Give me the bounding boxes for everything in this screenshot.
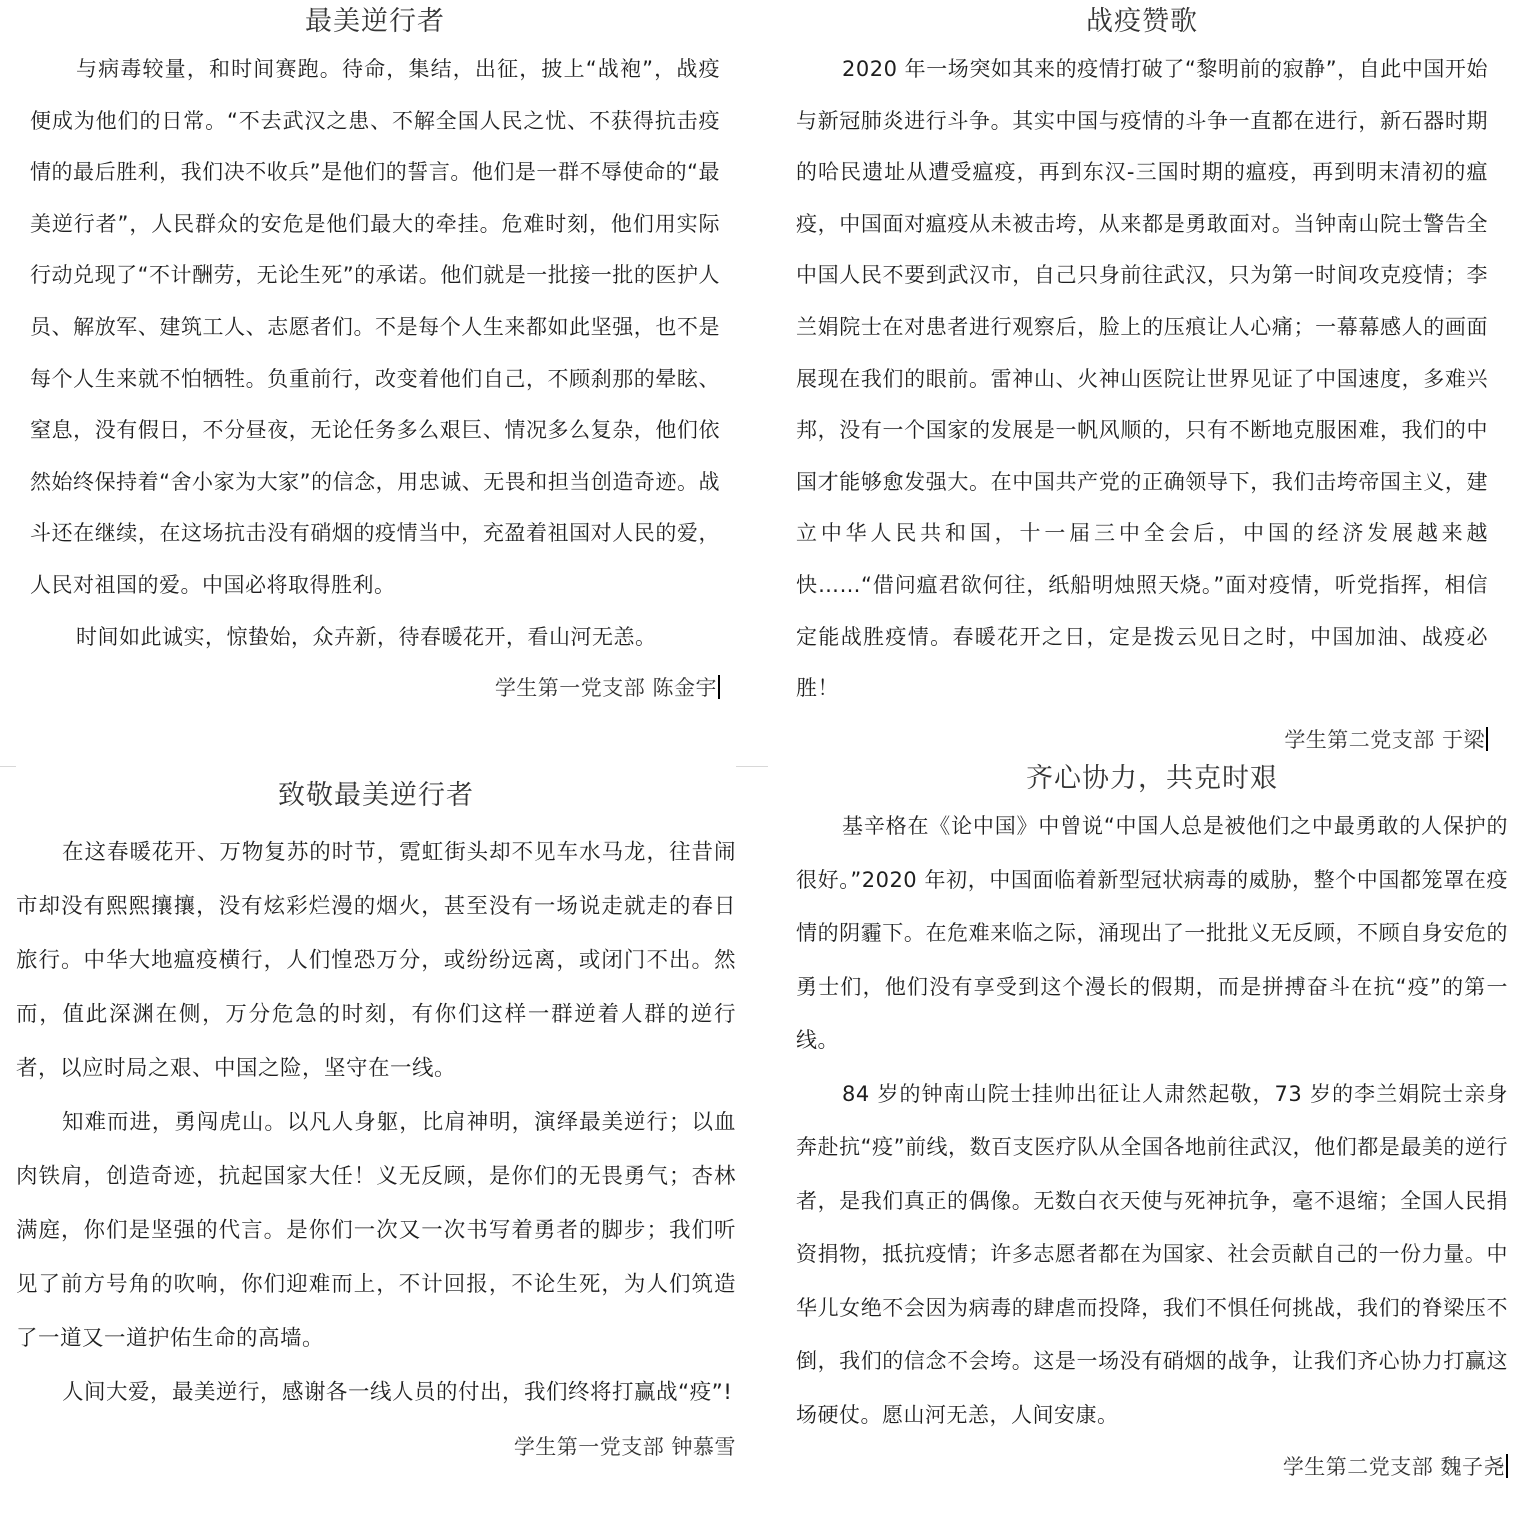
- text-cursor: [1486, 727, 1488, 751]
- article-zhanyi-zange: 战疫赞歌 2020 年一场突如其来的疫情打破了“黎明前的寂静”，自此中国开始与新…: [768, 0, 1536, 762]
- article-paragraph: 与病毒较量，和时间赛跑。待命，集结，出征，披上“战袍”，战疫便成为他们的日常。“…: [30, 44, 720, 612]
- article-paragraph: 人间大爱，最美逆行，感谢各一线人员的付出，我们终将打赢战“疫”!: [16, 1366, 736, 1420]
- signature-text: 学生第二党支部 于梁: [1284, 728, 1485, 752]
- article-title: 战疫赞歌: [796, 0, 1488, 44]
- text-cursor: [1506, 1454, 1508, 1478]
- article-signature: 学生第二党支部 魏子尧: [796, 1442, 1508, 1492]
- article-paragraph: 84 岁的钟南山院士挂帅出征让人肃然起敬，73 岁的李兰娟院士亲身奔赴抗“疫”前…: [796, 1068, 1508, 1443]
- article-signature: 学生第一党支部 陈金宇: [30, 663, 720, 713]
- signature-text: 学生第二党支部 魏子尧: [1283, 1455, 1505, 1479]
- article-signature: 学生第一党支部 钟慕雪: [16, 1422, 736, 1472]
- article-zhijing-zuimei-nixingzhe: 致敬最美逆行者 在这春暖花开、万物复苏的时节，霓虹街头却不见车水马龙，往昔闹市却…: [0, 762, 768, 1534]
- signature-text: 学生第一党支部 钟慕雪: [514, 1435, 736, 1459]
- article-title: 齐心协力，共克时艰: [796, 762, 1508, 800]
- article-paragraph: 基辛格在《论中国》中曾说“中国人总是被他们之中最勇敢的人保护的很好。”2020 …: [796, 800, 1508, 1068]
- article-paragraph: 2020 年一场突如其来的疫情打破了“黎明前的寂静”，自此中国开始与新冠肺炎进行…: [796, 44, 1488, 715]
- text-cursor: [718, 675, 720, 699]
- article-title: 致敬最美逆行者: [16, 762, 736, 826]
- article-paragraph: 知难而进，勇闯虎山。以凡人身躯，比肩神明，演绎最美逆行；以血肉铁肩，创造奇迹，抗…: [16, 1096, 736, 1366]
- article-qixin-xieli: 齐心协力，共克时艰 基辛格在《论中国》中曾说“中国人总是被他们之中最勇敢的人保护…: [768, 762, 1536, 1534]
- signature-text: 学生第一党支部 陈金宇: [495, 676, 717, 700]
- article-paragraph: 时间如此诚实，惊蛰始，众卉新，待春暖花开，看山河无恙。: [30, 612, 720, 664]
- article-zuimei-nixingzhe: 最美逆行者 与病毒较量，和时间赛跑。待命，集结，出征，披上“战袍”，战疫便成为他…: [0, 0, 768, 762]
- article-paragraph: 在这春暖花开、万物复苏的时节，霓虹街头却不见车水马龙，往昔闹市却没有熙熙攘攘，没…: [16, 826, 736, 1096]
- article-title: 最美逆行者: [30, 0, 720, 44]
- article-signature: 学生第二党支部 于梁: [796, 715, 1488, 765]
